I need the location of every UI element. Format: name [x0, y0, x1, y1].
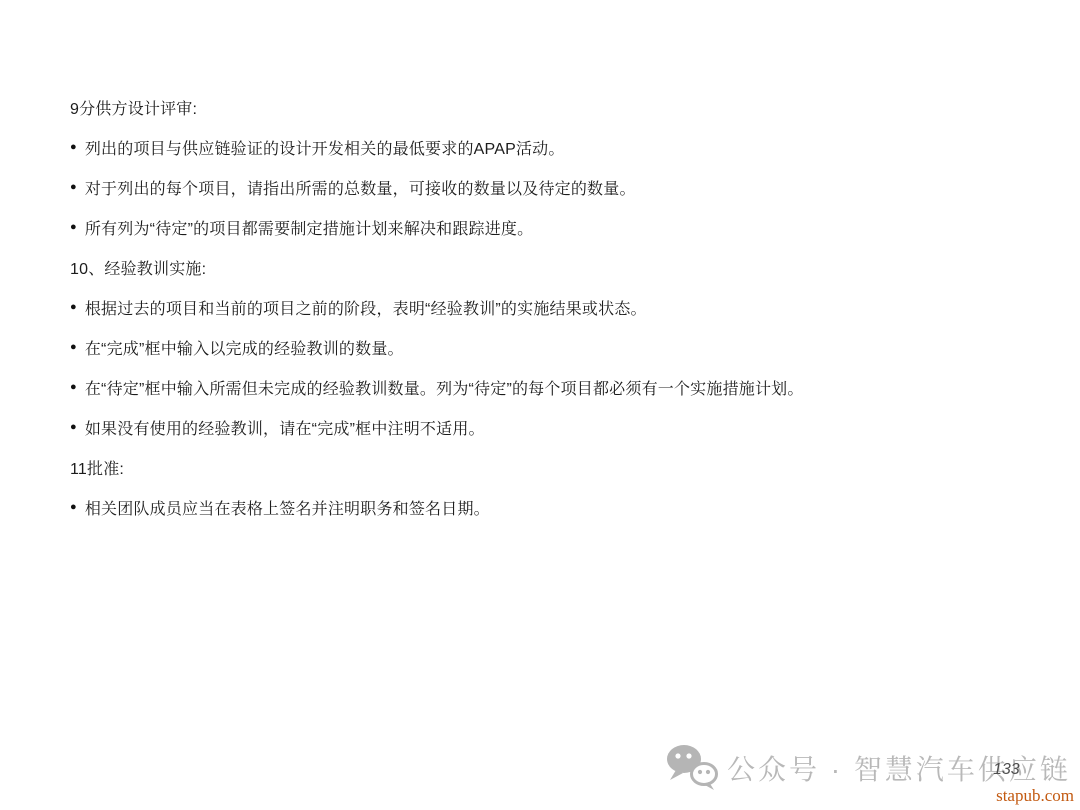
bullet-item: ● 根据过去的项目和当前的项目之前的阶段，表明“经验教训”的实施结果或状态。	[70, 287, 1020, 327]
bullet-icon: ●	[70, 502, 77, 513]
bullet-text: 在“完成”框中输入以完成的经验教训的数量。	[85, 336, 404, 359]
bullet-item: ● 所有列为“待定”的项目都需要制定措施计划来解决和跟踪进度。	[70, 207, 1020, 247]
bullet-text: 根据过去的项目和当前的项目之前的阶段，表明“经验教训”的实施结果或状态。	[85, 296, 647, 319]
bullet-item: ● 在“待定”框中输入所需但未完成的经验教训数量。列为“待定”的每个项目都必须有…	[70, 367, 1020, 407]
bullet-icon: ●	[70, 302, 77, 313]
bullet-icon: ●	[70, 142, 77, 153]
bullet-text: 相关团队成员应当在表格上签名并注明职务和签名日期。	[85, 496, 490, 519]
site-url-text: stapub.com	[996, 786, 1074, 806]
bullet-icon: ●	[70, 342, 77, 353]
bullet-text: 如果没有使用的经验教训，请在“完成”框中注明不适用。	[85, 416, 485, 439]
bullet-item: ● 在“完成”框中输入以完成的经验教训的数量。	[70, 327, 1020, 367]
bullet-text: 对于列出的每个项目，请指出所需的总数量，可接收的数量以及待定的数量。	[85, 176, 636, 199]
bullet-text: 在“待定”框中输入所需但未完成的经验教训数量。列为“待定”的每个项目都必须有一个…	[85, 376, 804, 399]
section-heading-10: 10、经验教训实施:	[70, 247, 1020, 287]
bullet-item: ● 相关团队成员应当在表格上签名并注明职务和签名日期。	[70, 487, 1020, 527]
section-heading-11: 11批准:	[70, 447, 1020, 487]
bullet-text: 列出的项目与供应链验证的设计开发相关的最低要求的APAP活动。	[85, 136, 565, 159]
document-body: 9分供方设计评审: ● 列出的项目与供应链验证的设计开发相关的最低要求的APAP…	[70, 87, 1020, 527]
bullet-item: ● 列出的项目与供应链验证的设计开发相关的最低要求的APAP活动。	[70, 127, 1020, 167]
bullet-item: ● 如果没有使用的经验教训，请在“完成”框中注明不适用。	[70, 407, 1020, 447]
wechat-icon	[665, 744, 719, 791]
bullet-icon: ●	[70, 422, 77, 433]
section-heading-9: 9分供方设计评审:	[70, 87, 1020, 127]
page-number: 133	[993, 761, 1020, 779]
bullet-icon: ●	[70, 182, 77, 193]
bullet-item: ● 对于列出的每个项目，请指出所需的总数量，可接收的数量以及待定的数量。	[70, 167, 1020, 207]
bullet-icon: ●	[70, 382, 77, 393]
bullet-icon: ●	[70, 222, 77, 233]
bullet-text: 所有列为“待定”的项目都需要制定措施计划来解决和跟踪进度。	[85, 216, 533, 239]
document-page: 9分供方设计评审: ● 列出的项目与供应链验证的设计开发相关的最低要求的APAP…	[0, 0, 1080, 810]
